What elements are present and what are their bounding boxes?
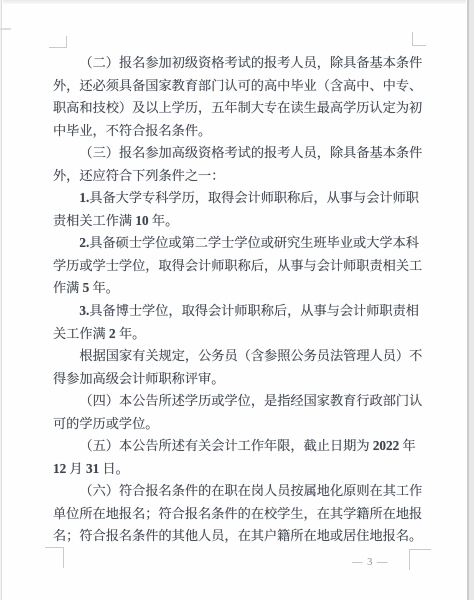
page-number: — 3 — bbox=[352, 555, 412, 571]
document-line-text: 中毕业，不符合报名条件。 bbox=[53, 123, 211, 138]
document-line: 作满 5 年。 bbox=[53, 277, 424, 300]
document-line: 学历或学士学位，取得会计师职称后，从事与会计师职责相关工 bbox=[53, 255, 424, 278]
document-line-text: 具备硕士学位或第二学士学位或研究生班毕业或大学本科 bbox=[89, 235, 419, 250]
document-line-text: 具备大学专科学历，取得会计师职称后，从事与会计师职 bbox=[89, 190, 419, 205]
page-edge-right bbox=[466, 0, 474, 600]
document-line: （六）符合报名条件的在职在岗人员按属地化原则在其工作 bbox=[53, 480, 424, 503]
document-line-text: 名；符合报名条件的其他人员，在其户籍所在地或居住地报名。 bbox=[53, 528, 422, 543]
document-line-text: 日。 bbox=[99, 461, 129, 476]
document-line: 职高和技校）及以上学历，五年制大专在读生最高学历认定为初 bbox=[53, 97, 424, 120]
document-line: 关工作满 2 年。 bbox=[53, 323, 424, 346]
document-line: 12 月 31 日。 bbox=[53, 458, 424, 481]
page-edge-top bbox=[0, 0, 474, 4]
document-line-text: 年。 bbox=[149, 213, 179, 228]
document-line-number: 2022 bbox=[373, 438, 399, 453]
document-line-number: 12 bbox=[53, 461, 66, 476]
document-line-text: 关工作满 bbox=[53, 326, 109, 341]
document-line-text: 单位所在地报名；符合报名条件的在校学生，在其学籍所在地报 bbox=[53, 506, 422, 521]
document-line-text: 责相关工作满 bbox=[53, 213, 135, 228]
crop-mark-top-right bbox=[412, 32, 426, 46]
document-line-text: （三）报名参加高级资格考试的报考人员，除具备基本条件 bbox=[79, 145, 422, 160]
document-line-number: 2. bbox=[79, 235, 89, 250]
document-line-text: 年。 bbox=[116, 326, 146, 341]
page-edge-left bbox=[0, 0, 3, 600]
document-line-text: 学历或学士学位，取得会计师职称后，从事与会计师职责相关工 bbox=[53, 258, 422, 273]
document-line-text: 月 bbox=[66, 461, 86, 476]
crop-mark-bottom-left bbox=[45, 547, 64, 568]
document-line-number: 10 bbox=[135, 213, 148, 228]
document-line: 外，还必须具备国家教育部门认可的高中毕业（含高中、中专、 bbox=[53, 75, 424, 98]
document-line-text: 根据国家有关规定，公务员（含参照公务员法管理人员）不 bbox=[79, 348, 422, 363]
document-line-text: 年 bbox=[399, 438, 415, 453]
scan-artifact-tick bbox=[0, 28, 11, 30]
document-line-text: 职高和技校）及以上学历，五年制大专在读生最高学历认定为初 bbox=[53, 100, 422, 115]
document-line: 名；符合报名条件的其他人员，在其户籍所在地或居住地报名。 bbox=[53, 525, 424, 548]
document-line: 外，还应符合下列条件之一： bbox=[53, 165, 424, 188]
document-line: （二）报名参加初级资格考试的报考人员，除具备基本条件 bbox=[53, 52, 424, 75]
crop-mark-bottom-right bbox=[409, 549, 431, 570]
document-line-text: 外，还必须具备国家教育部门认可的高中毕业（含高中、中专、 bbox=[53, 78, 422, 93]
document-line: 2.具备硕士学位或第二学士学位或研究生班毕业或大学本科 bbox=[53, 232, 424, 255]
document-line-text: 外，还应符合下列条件之一： bbox=[53, 168, 224, 183]
document-line-text: 具备博士学位，取得会计师职称后，从事与会计师职责相 bbox=[89, 303, 419, 318]
document-line-number: 2 bbox=[109, 326, 116, 341]
document-line-text: 可的学历或学位。 bbox=[53, 416, 159, 431]
document-line: 责相关工作满 10 年。 bbox=[53, 210, 424, 233]
document-line: 可的学历或学位。 bbox=[53, 413, 424, 436]
page: （二）报名参加初级资格考试的报考人员，除具备基本条件外，还必须具备国家教育部门认… bbox=[0, 0, 474, 600]
document-line: （五）本公告所述有关会计工作年限，截止日期为 2022 年 bbox=[53, 435, 424, 458]
document-line-text: 年。 bbox=[89, 280, 119, 295]
document-line-number: 3. bbox=[79, 303, 89, 318]
document-line-text: （五）本公告所述有关会计工作年限，截止日期为 bbox=[79, 438, 372, 453]
document-line: 单位所在地报名；符合报名条件的在校学生，在其学籍所在地报 bbox=[53, 503, 424, 526]
document-line-number: 31 bbox=[86, 461, 99, 476]
document-line: 3.具备博士学位，取得会计师职称后，从事与会计师职责相 bbox=[53, 300, 424, 323]
document-line-text: 得参加高级会计师职称评审。 bbox=[53, 371, 224, 386]
document-line: （四）本公告所述学历或学位，是指经国家教育行政部门认 bbox=[53, 390, 424, 413]
document-line-text: （二）报名参加初级资格考试的报考人员，除具备基本条件 bbox=[79, 55, 422, 70]
document-line: 根据国家有关规定，公务员（含参照公务员法管理人员）不 bbox=[53, 345, 424, 368]
document-line: 得参加高级会计师职称评审。 bbox=[53, 368, 424, 391]
document-line-text: （四）本公告所述学历或学位，是指经国家教育行政部门认 bbox=[79, 393, 422, 408]
document-line: （三）报名参加高级资格考试的报考人员，除具备基本条件 bbox=[53, 142, 424, 165]
crop-mark-top-left bbox=[49, 36, 67, 48]
document-line-text: （六）符合报名条件的在职在岗人员按属地化原则在其工作 bbox=[79, 483, 422, 498]
document-lines: （二）报名参加初级资格考试的报考人员，除具备基本条件外，还必须具备国家教育部门认… bbox=[53, 52, 424, 548]
document-line: 1.具备大学专科学历，取得会计师职称后，从事与会计师职 bbox=[53, 187, 424, 210]
document-line: 中毕业，不符合报名条件。 bbox=[53, 120, 424, 143]
document-line-text: 作满 bbox=[53, 280, 83, 295]
document-line-number: 1. bbox=[79, 190, 89, 205]
